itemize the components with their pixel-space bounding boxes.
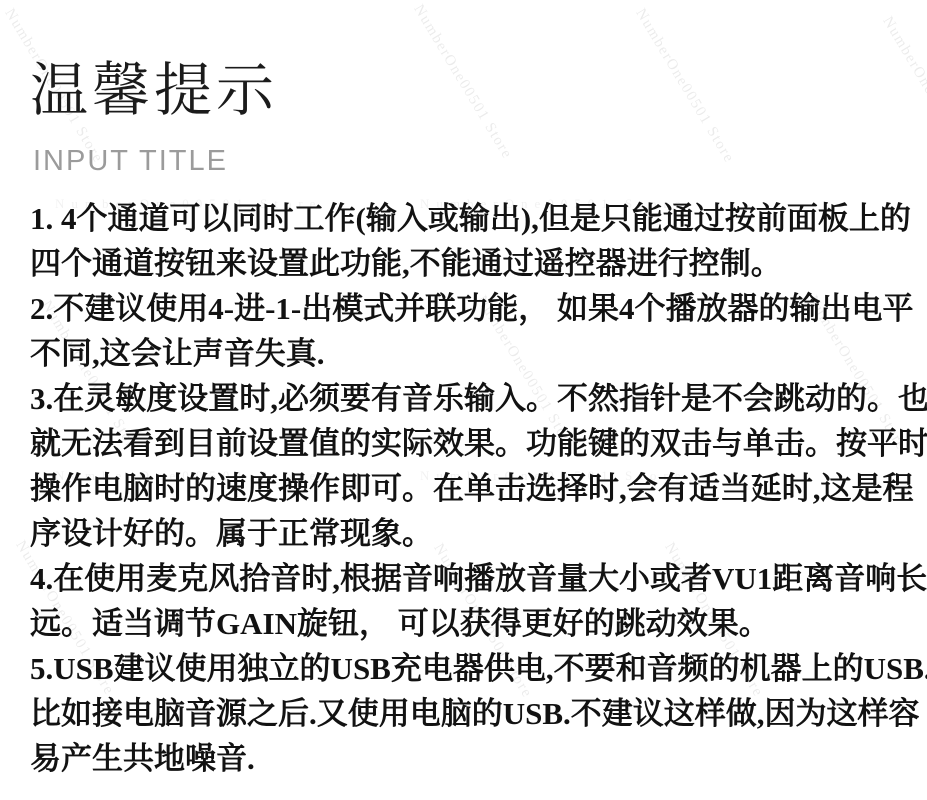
watermark-text: NumberOne00501 Store — [878, 14, 927, 175]
tip-line: 不同,这会让声音失真. — [30, 331, 902, 376]
tip-line: 操作电脑时的速度操作即可。在单击选择时,会有适当延时,这是程 — [30, 466, 902, 511]
tip-line: 易产生共地噪音. — [30, 736, 902, 781]
watermark-text: NumberOne00501 Store — [409, 2, 515, 163]
tip-line: 远。适当调节GAIN旋钮， 可以获得更好的跳动效果。 — [30, 601, 902, 646]
tip-line: 四个通道按钮来设置此功能,不能通过遥控器进行控制。 — [30, 241, 902, 286]
warm-tips-notice: NumberOne00501 Store NumberOne00501 Stor… — [0, 0, 927, 800]
watermark-text: NumberOne00501 Store — [631, 6, 737, 167]
tip-line: 4.在使用麦克风拾音时,根据音响播放音量大小或者VU1距离音响长 — [30, 556, 902, 601]
tip-line: 比如接电脑音源之后.又使用电脑的USB.不建议这样做,因为这样容 — [30, 691, 902, 736]
tip-line: 3.在灵敏度设置时,必须要有音乐输入。不然指针是不会跳动的。也 — [30, 376, 902, 421]
tip-line: 序设计好的。属于正常现象。 — [30, 511, 902, 556]
tip-line: 2.不建议使用4-进-1-出模式并联功能， 如果4个播放器的输出电平 — [30, 286, 902, 331]
page-subtitle: INPUT TITLE — [33, 146, 228, 178]
tip-line: 就无法看到目前设置值的实际效果。功能键的双击与单击。按平时 — [30, 421, 902, 466]
tip-line: 5.USB建议使用独立的USB充电器供电,不要和音频的机器上的USB. — [30, 646, 902, 691]
page-title: 温馨提示 — [30, 58, 278, 125]
tips-body: 1. 4个通道可以同时工作(输入或输出),但是只能通过按前面板上的 四个通道按钮… — [30, 196, 902, 781]
tip-line: 1. 4个通道可以同时工作(输入或输出),但是只能通过按前面板上的 — [30, 196, 902, 241]
